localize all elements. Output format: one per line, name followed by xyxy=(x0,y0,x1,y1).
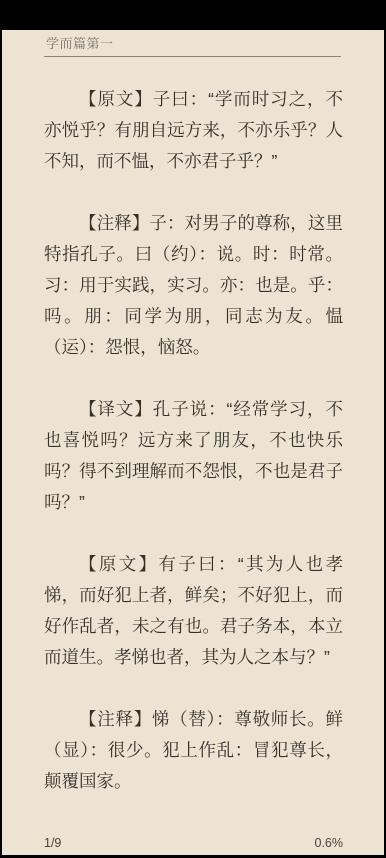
status-bar xyxy=(0,0,386,30)
device-frame: 学而篇第一 【原文】子曰：“学而时习之，不亦悦乎？有朋自远方来，不亦乐乎？人不知… xyxy=(0,0,386,858)
paragraph-annotation-2: 【注释】悌（替）：尊敬师长。鲜（显）：很少。犯上作乱：冒犯尊长，颠覆国家。 xyxy=(44,704,343,797)
reader-footer: 1/9 0.6% xyxy=(44,836,343,851)
chapter-title: 学而篇第一 xyxy=(46,36,114,51)
reader-page[interactable]: 学而篇第一 【原文】子曰：“学而时习之，不亦悦乎？有朋自远方来，不亦乐乎？人不知… xyxy=(2,30,384,855)
paragraph-annotation-1: 【注释】子：对男子的尊称，这里特指孔子。曰（约）：说。时：时常。习：用于实践，实… xyxy=(44,208,343,363)
paragraph-original-1: 【原文】子曰：“学而时习之，不亦悦乎？有朋自远方来，不亦乐乎？人不知，而不愠，不… xyxy=(44,84,343,177)
paragraph-translation-1: 【译文】孔子说：“经常学习，不也喜悦吗？远方来了朋友，不也快乐吗？得不到理解而不… xyxy=(44,394,343,518)
chapter-header: 学而篇第一 xyxy=(44,30,341,57)
page-indicator: 1/9 xyxy=(44,836,61,851)
paragraph-original-2: 【原文】有子曰：“其为人也孝悌，而好犯上者，鲜矣；不好犯上，而好作乱者，未之有也… xyxy=(44,549,343,673)
reading-content: 【原文】子曰：“学而时习之，不亦悦乎？有朋自远方来，不亦乐乎？人不知，而不愠，不… xyxy=(44,84,343,797)
progress-percent: 0.6% xyxy=(315,836,344,851)
